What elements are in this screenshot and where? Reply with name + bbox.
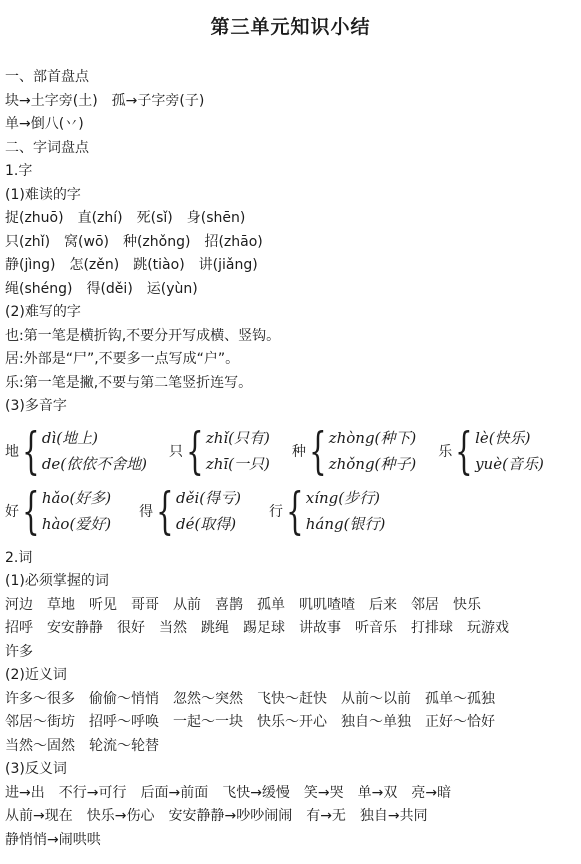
polyphone-readings: dì(地上) de(依依不舍地) <box>42 425 147 477</box>
hard-write-line: 居:外部是“尸”,不要多一点写成“户”。 <box>5 348 576 372</box>
polyphone-reading: háng(银行) <box>306 511 386 537</box>
left-brace-glyph: { <box>309 424 326 478</box>
antonyms-heading: (3)反义词 <box>5 758 576 782</box>
radical-mapping-line: 块→土字旁(土) 孤→子字旁(子) <box>5 90 576 114</box>
polyphone-reading: zhǒng(种子) <box>329 451 417 477</box>
document-page: 第三单元知识小结 一、部首盘点 块→土字旁(土) 孤→子字旁(子) 单→倒八(丷… <box>0 0 581 864</box>
must-know-line: 招呼 安安静静 很好 当然 跳绳 踢足球 讲故事 听音乐 打排球 玩游戏 <box>5 617 576 641</box>
polyphone-readings: lè(快乐) yuè(音乐) <box>475 425 544 477</box>
left-brace-glyph: { <box>22 424 39 478</box>
polyphone-readings: zhǐ(只有) zhī(一只) <box>206 425 270 477</box>
hard-read-line: 捉(zhuō) 直(zhí) 死(sǐ) 身(shēn) <box>5 207 576 231</box>
polyphone-row: 地 { dì(地上) de(依依不舍地) 只 { zhǐ(只有) zhī(一只)… <box>5 424 576 478</box>
polyphone-character: 好 <box>5 501 19 521</box>
polyphone-reading: xíng(步行) <box>306 485 386 511</box>
hard-read-heading: (1)难读的字 <box>5 184 576 208</box>
hard-read-line: 只(zhǐ) 窝(wō) 种(zhǒng) 招(zhāo) <box>5 231 576 255</box>
page-title: 第三单元知识小结 <box>5 12 576 39</box>
must-know-heading: (1)必须掌握的词 <box>5 570 576 594</box>
polyphone-reading: zhòng(种下) <box>329 425 417 451</box>
polyphone-character: 地 <box>5 441 19 461</box>
polyphone-readings: xíng(步行) háng(银行) <box>306 485 386 537</box>
polyphone-group: 乐 { lè(快乐) yuè(音乐) <box>438 424 544 478</box>
polyphone-reading: de(依依不舍地) <box>42 451 147 477</box>
polyphone-character: 种 <box>292 441 306 461</box>
words-heading: 二、字词盘点 <box>5 137 576 161</box>
polyphone-reading: dé(取得) <box>176 511 241 537</box>
synonyms-line: 邻居～街坊 招呼～呼唤 一起～一块 快乐～开心 独自～单独 正好～恰好 <box>5 711 576 735</box>
polyphone-reading: zhǐ(只有) <box>206 425 270 451</box>
polyphone-readings: děi(得亏) dé(取得) <box>176 485 241 537</box>
polyphone-group: 地 { dì(地上) de(依依不舍地) <box>5 424 147 478</box>
radicals-heading: 一、部首盘点 <box>5 66 576 90</box>
synonyms-heading: (2)近义词 <box>5 664 576 688</box>
polyphone-reading: dì(地上) <box>42 425 147 451</box>
polyphone-character: 乐 <box>438 441 452 461</box>
antonyms-line: 从前→现在 快乐→伤心 安安静静→吵吵闹闹 有→无 独自→共同 <box>5 805 576 829</box>
polyphone-character: 行 <box>269 501 283 521</box>
polyphone-reading: zhī(一只) <box>206 451 270 477</box>
polyphone-character: 得 <box>139 501 153 521</box>
left-brace-glyph: { <box>455 424 472 478</box>
synonyms-line: 许多～很多 偷偷～悄悄 忽然～突然 飞快～赶快 从前～以前 孤单～孤独 <box>5 688 576 712</box>
polyphone-group: 只 { zhǐ(只有) zhī(一只) <box>169 424 270 478</box>
synonyms-line: 当然～固然 轮流～轮替 <box>5 735 576 759</box>
hard-write-line: 乐:第一笔是撇,不要与第二笔竖折连写。 <box>5 372 576 396</box>
polyphones-heading: (3)多音字 <box>5 395 576 419</box>
polyphone-group: 得 { děi(得亏) dé(取得) <box>139 484 241 538</box>
hard-write-line: 也:第一笔是横折钩,不要分开写成横、竖钩。 <box>5 325 576 349</box>
left-brace-glyph: { <box>286 484 303 538</box>
left-brace-glyph: { <box>156 484 173 538</box>
polyphone-group: 好 { hǎo(好多) hào(爱好) <box>5 484 111 538</box>
polyphone-reading: děi(得亏) <box>176 485 241 511</box>
polyphone-readings: zhòng(种下) zhǒng(种子) <box>329 425 417 477</box>
zi-heading: 1.字 <box>5 160 576 184</box>
polyphone-reading: hǎo(好多) <box>42 485 111 511</box>
hard-write-heading: (2)难写的字 <box>5 301 576 325</box>
polyphone-reading: yuè(音乐) <box>475 451 544 477</box>
hard-read-line: 静(jìng) 怎(zěn) 跳(tiào) 讲(jiǎng) <box>5 254 576 278</box>
left-brace-glyph: { <box>22 484 39 538</box>
antonyms-line: 进→出 不行→可行 后面→前面 飞快→缓慢 笑→哭 单→双 亮→暗 <box>5 782 576 806</box>
hard-read-line: 绳(shéng) 得(děi) 运(yùn) <box>5 278 576 302</box>
ci-heading: 2.词 <box>5 547 576 571</box>
polyphone-readings: hǎo(好多) hào(爱好) <box>42 485 111 537</box>
polyphone-group: 种 { zhòng(种下) zhǒng(种子) <box>292 424 416 478</box>
must-know-line: 河边 草地 听见 哥哥 从前 喜鹊 孤单 叽叽喳喳 后来 邻居 快乐 <box>5 594 576 618</box>
polyphone-character: 只 <box>169 441 183 461</box>
radical-mapping-line: 单→倒八(丷) <box>5 113 576 137</box>
must-know-line: 许多 <box>5 641 576 665</box>
polyphone-row: 好 { hǎo(好多) hào(爱好) 得 { děi(得亏) dé(取得) 行… <box>5 484 576 538</box>
polyphone-reading: lè(快乐) <box>475 425 544 451</box>
polyphone-group: 行 { xíng(步行) háng(银行) <box>269 484 385 538</box>
antonyms-line: 静悄悄→闹哄哄 <box>5 829 576 853</box>
polyphone-reading: hào(爱好) <box>42 511 111 537</box>
left-brace-glyph: { <box>186 424 203 478</box>
